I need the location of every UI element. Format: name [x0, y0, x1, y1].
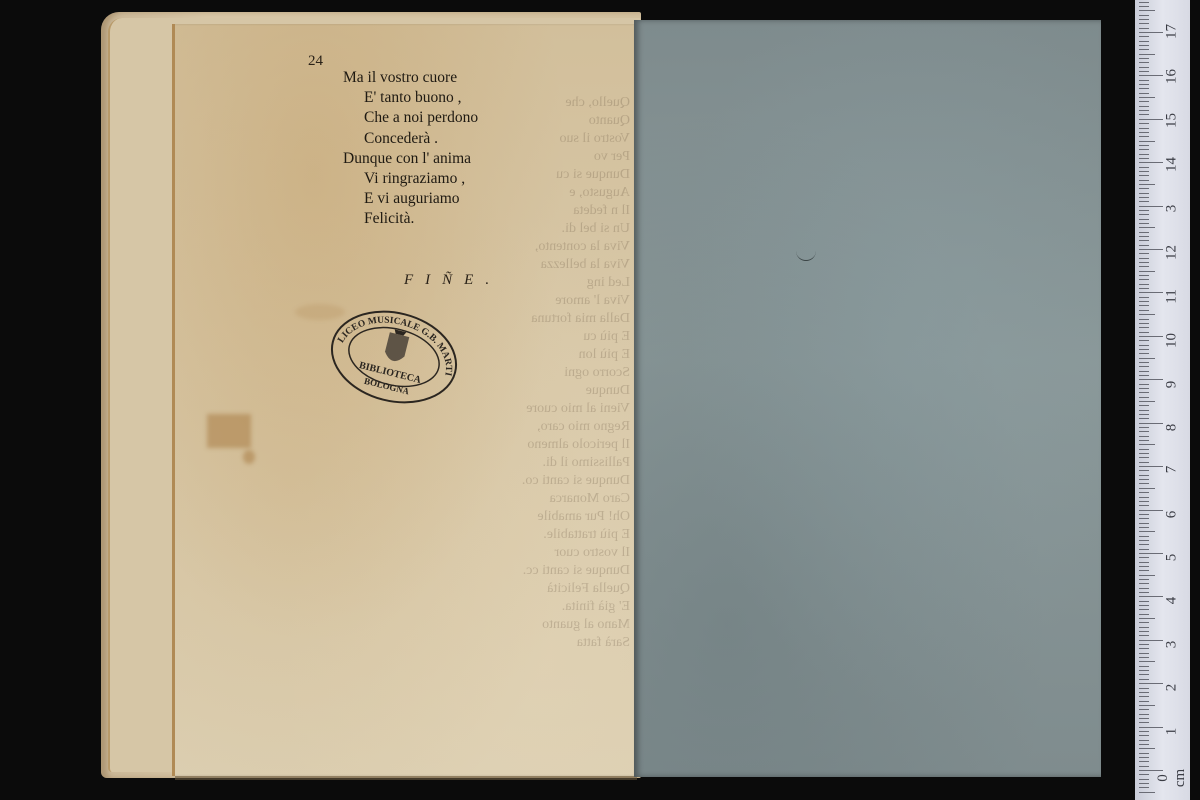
ruler-tick — [1139, 305, 1149, 306]
ruler-tick — [1139, 292, 1163, 293]
ruler-tick — [1139, 284, 1149, 285]
bleed-line: Quella Felicità — [430, 576, 630, 594]
ruler-tick — [1139, 605, 1149, 606]
ruler-tick — [1139, 219, 1149, 220]
bleed-line: Viva l' amore — [430, 288, 630, 306]
bleed-line: E più trattabile. — [430, 522, 630, 540]
bleed-line: Regno mio caro, — [430, 414, 630, 432]
ruler-tick — [1139, 531, 1155, 532]
ruler-tick — [1139, 570, 1149, 571]
ruler-tick — [1139, 184, 1155, 185]
ruler-label: 9 — [1164, 372, 1181, 398]
ruler-tick — [1139, 553, 1163, 554]
ruler-tick — [1139, 171, 1149, 172]
ruler-tick — [1139, 119, 1163, 120]
ruler-tick — [1139, 444, 1155, 445]
ruler-tick — [1139, 423, 1163, 424]
bleed-line: E' già finita. — [430, 594, 630, 612]
ruler-tick — [1139, 36, 1149, 37]
ruler-tick — [1139, 701, 1149, 702]
ruler-tick — [1139, 75, 1163, 76]
ruler-tick — [1139, 175, 1149, 176]
coat-of-arms-shield-icon — [383, 328, 410, 363]
ruler-tick — [1139, 84, 1149, 85]
bleed-line: Mano al guanto — [430, 612, 630, 630]
ruler-tick — [1139, 141, 1155, 142]
bleed-line: Dalla mia fortuna — [430, 306, 630, 324]
ruler-tick — [1139, 232, 1149, 233]
ruler-tick — [1139, 787, 1149, 788]
poem: Ma il vostro cuore E' tanto buono , Che … — [343, 68, 478, 230]
ruler-tick — [1139, 514, 1149, 515]
ruler-tick — [1139, 314, 1155, 315]
ruler-tick — [1139, 162, 1163, 163]
ruler-tick — [1139, 783, 1149, 784]
ruler-tick — [1139, 180, 1149, 181]
ruler-tick — [1139, 492, 1149, 493]
ruler-tick — [1139, 332, 1149, 333]
ruler-tick — [1139, 588, 1149, 589]
ruler-tick — [1139, 15, 1149, 16]
ruler-tick — [1139, 327, 1149, 328]
poem-line: E vi auguriamo — [343, 189, 478, 209]
ruler-tick — [1139, 575, 1155, 576]
ruler-tick — [1139, 6, 1149, 7]
ruler-tick — [1139, 510, 1163, 511]
ruler-tick — [1139, 23, 1149, 24]
ruler-tick — [1139, 301, 1149, 302]
stain — [243, 450, 255, 464]
ruler-tick — [1139, 49, 1149, 50]
ruler-tick — [1139, 62, 1149, 63]
ruler-label: 7 — [1164, 457, 1181, 483]
ruler-tick — [1139, 266, 1149, 267]
ruler-tick — [1139, 197, 1149, 198]
ruler-tick — [1139, 718, 1149, 719]
ruler-tick — [1139, 227, 1155, 228]
ruler-tick — [1139, 635, 1149, 636]
bleed-line: Sarà fatta — [430, 630, 630, 648]
scale-ruler: 0 cm123456789101112314151617 — [1135, 0, 1190, 800]
ruler-tick — [1139, 640, 1163, 641]
ruler-tick — [1139, 644, 1149, 645]
ruler-label: 2 — [1164, 675, 1181, 701]
ruler-tick — [1139, 709, 1149, 710]
ruler-tick — [1139, 271, 1155, 272]
ruler-label: 1 — [1164, 719, 1181, 745]
ruler-tick — [1139, 206, 1163, 207]
ruler-label: 16 — [1164, 64, 1181, 90]
ruler-tick — [1139, 405, 1149, 406]
ruler-tick — [1139, 631, 1149, 632]
ruler-tick — [1139, 275, 1149, 276]
poem-line: Concederà . — [343, 129, 478, 149]
ruler-tick — [1139, 497, 1149, 498]
ruler-tick — [1139, 792, 1155, 793]
ruler-tick — [1139, 362, 1149, 363]
ruler-tick — [1139, 779, 1149, 780]
ruler-tick — [1139, 488, 1155, 489]
ruler-tick — [1139, 592, 1149, 593]
ruler-tick — [1139, 431, 1149, 432]
bleed-line: Dunque si canti co. — [430, 468, 630, 486]
ruler-tick — [1139, 666, 1149, 667]
ruler-tick — [1139, 410, 1149, 411]
ruler-tick — [1139, 601, 1149, 602]
ruler-tick — [1139, 544, 1149, 545]
ruler-tick — [1139, 41, 1149, 42]
ruler-label: 8 — [1164, 415, 1181, 441]
ruler-tick — [1139, 58, 1149, 59]
ruler-label: 5 — [1164, 545, 1181, 571]
ruler-tick — [1139, 210, 1149, 211]
ruler-tick — [1139, 297, 1149, 298]
scanned-book-spread: Quello, cheQuantoVostro il suoPer voDunq… — [0, 0, 1200, 800]
ruler-tick — [1139, 614, 1149, 615]
ruler-tick — [1139, 245, 1149, 246]
ruler-tick — [1139, 358, 1155, 359]
ruler-tick — [1139, 648, 1149, 649]
ruler-tick — [1139, 540, 1149, 541]
ruler-label: 0 cm — [1155, 765, 1189, 791]
ruler-tick — [1139, 583, 1149, 584]
ruler-tick — [1139, 54, 1155, 55]
ruler-tick — [1139, 557, 1149, 558]
ruler-tick — [1139, 45, 1149, 46]
bleed-line: Il pericolo almeno — [430, 432, 630, 450]
ruler-tick — [1139, 692, 1149, 693]
ruler-tick — [1139, 188, 1149, 189]
ruler-label: 4 — [1164, 588, 1181, 614]
ruler-tick — [1139, 653, 1149, 654]
ruler-tick — [1139, 145, 1149, 146]
ruler-tick — [1139, 731, 1149, 732]
ruler-tick — [1139, 136, 1149, 137]
ruler-tick — [1139, 349, 1149, 350]
ruler-tick — [1139, 661, 1155, 662]
ruler-tick — [1139, 622, 1149, 623]
ruler-tick — [1139, 253, 1149, 254]
ruler-tick — [1139, 340, 1149, 341]
ruler-tick — [1139, 67, 1149, 68]
ruler-tick — [1139, 80, 1149, 81]
ruler-tick — [1139, 470, 1149, 471]
ruler-tick — [1139, 536, 1149, 537]
ruler-tick — [1139, 240, 1149, 241]
ruler-tick — [1139, 132, 1149, 133]
ruler-tick — [1139, 679, 1149, 680]
ruler-tick — [1139, 397, 1149, 398]
ruler-tick — [1139, 735, 1149, 736]
ruler-tick — [1139, 475, 1149, 476]
ruler-label: 6 — [1164, 502, 1181, 528]
ruler-tick — [1139, 744, 1149, 745]
stain — [207, 414, 251, 448]
ruler-tick — [1139, 466, 1163, 467]
ruler-label: 12 — [1164, 240, 1181, 266]
ruler-tick — [1139, 32, 1163, 33]
ruler-tick — [1139, 483, 1149, 484]
ruler-tick — [1139, 149, 1149, 150]
ruler-tick — [1139, 110, 1149, 111]
ruler-label: 11 — [1164, 284, 1181, 310]
ruler-tick — [1139, 562, 1149, 563]
ruler-tick — [1139, 2, 1149, 3]
ruler-tick — [1139, 757, 1149, 758]
ruler-tick — [1139, 262, 1149, 263]
ruler-tick — [1139, 249, 1163, 250]
ruler-tick — [1139, 236, 1149, 237]
ruler-tick — [1139, 657, 1149, 658]
ruler-tick — [1139, 167, 1149, 168]
ruler-tick — [1139, 714, 1149, 715]
ruler-tick — [1139, 457, 1149, 458]
ruler-tick — [1139, 418, 1149, 419]
ruler-tick — [1139, 722, 1149, 723]
bleed-line: Viva la bellezza — [430, 252, 630, 270]
ruler-tick — [1139, 683, 1163, 684]
closing-fine: FIÑE. — [404, 272, 501, 289]
ruler-label: 14 — [1164, 152, 1181, 178]
ruler-tick — [1139, 427, 1149, 428]
ruler-tick — [1139, 366, 1149, 367]
ruler-tick — [1139, 384, 1149, 385]
ruler-tick — [1139, 93, 1149, 94]
ruler-tick — [1139, 627, 1149, 628]
ruler-tick — [1139, 88, 1149, 89]
bleed-line: Pallissimo il di. — [430, 450, 630, 468]
bleed-line: Dunque — [430, 378, 630, 396]
ruler-tick — [1139, 688, 1149, 689]
poem-line: Ma il vostro cuore — [343, 68, 478, 88]
ruler-tick — [1139, 674, 1149, 675]
ruler-tick — [1139, 101, 1149, 102]
ruler-tick — [1139, 579, 1149, 580]
ruler-tick — [1139, 375, 1149, 376]
ruler-tick — [1139, 596, 1163, 597]
ruler-tick — [1139, 748, 1155, 749]
ruler-tick — [1139, 223, 1149, 224]
ruler-tick — [1139, 527, 1149, 528]
ruler-tick — [1139, 479, 1149, 480]
ruler-tick — [1139, 123, 1149, 124]
ruler-tick — [1139, 523, 1149, 524]
ruler-tick — [1139, 28, 1149, 29]
bleed-line: Il vostro cuor — [430, 540, 630, 558]
right-page-cover — [634, 20, 1101, 777]
ruler-label: 17 — [1164, 19, 1181, 45]
ruler-tick — [1139, 774, 1149, 775]
ruler-tick — [1139, 353, 1149, 354]
ruler-tick — [1139, 214, 1149, 215]
ruler-tick — [1139, 740, 1149, 741]
ruler-tick — [1139, 154, 1149, 155]
ruler-tick — [1139, 670, 1149, 671]
ruler-tick — [1139, 766, 1149, 767]
ruler-tick — [1139, 288, 1149, 289]
ruler-tick — [1139, 727, 1163, 728]
poem-line: Che a noi perdono — [343, 108, 478, 128]
bleed-line: Oh! Pur amabile — [430, 504, 630, 522]
ruler-tick — [1139, 566, 1149, 567]
ruler-tick — [1139, 193, 1149, 194]
ruler-tick — [1139, 414, 1149, 415]
ruler-tick — [1139, 201, 1149, 202]
ruler-tick — [1139, 158, 1149, 159]
ruler-tick — [1139, 401, 1155, 402]
ruler-tick — [1139, 388, 1149, 389]
ruler-tick — [1139, 761, 1149, 762]
ruler-tick — [1139, 549, 1149, 550]
ruler-tick — [1139, 323, 1149, 324]
ruler-tick — [1139, 449, 1149, 450]
bleed-line: Viva la contento, — [430, 234, 630, 252]
bleed-line: Dunque si canti cc. — [430, 558, 630, 576]
ruler-label: 3 — [1164, 632, 1181, 658]
ruler-tick — [1139, 462, 1149, 463]
poem-line: Dunque con l' anima — [343, 149, 478, 169]
ruler-tick — [1139, 10, 1155, 11]
ruler-tick — [1139, 279, 1149, 280]
ruler-label: 15 — [1164, 108, 1181, 134]
ruler-tick — [1139, 97, 1155, 98]
ruler-tick — [1139, 258, 1149, 259]
ruler-tick — [1139, 128, 1149, 129]
ruler-tick — [1139, 392, 1149, 393]
ruler-tick — [1139, 336, 1163, 337]
ruler-tick — [1139, 19, 1149, 20]
ruler-tick — [1139, 505, 1149, 506]
poem-line: Felicità. — [343, 209, 478, 229]
ruler-tick — [1139, 753, 1149, 754]
ruler-tick — [1139, 310, 1149, 311]
ruler-tick — [1139, 106, 1149, 107]
ruler-label: 3 — [1164, 196, 1181, 222]
ruler-tick — [1139, 696, 1149, 697]
ruler-tick — [1139, 501, 1149, 502]
ruler-tick — [1139, 71, 1149, 72]
bleed-line: Caro Monarca — [430, 486, 630, 504]
ruler-tick — [1139, 114, 1149, 115]
poem-line: E' tanto buono , — [343, 88, 478, 108]
ruler-tick — [1139, 371, 1149, 372]
page-number: 24 — [308, 53, 323, 70]
ruler-tick — [1139, 453, 1149, 454]
ruler-tick — [1139, 705, 1155, 706]
ruler-tick — [1139, 345, 1149, 346]
ruler-tick — [1139, 618, 1155, 619]
poem-line: Vi ringraziamo , — [343, 169, 478, 189]
bleed-line: Vieni al mio cuore — [430, 396, 630, 414]
ruler-tick — [1139, 440, 1149, 441]
ruler-tick — [1139, 518, 1149, 519]
cover-mark — [796, 250, 816, 261]
ruler-tick — [1139, 609, 1149, 610]
ruler-label: 10 — [1164, 328, 1181, 354]
ruler-tick — [1139, 379, 1163, 380]
ruler-tick — [1139, 436, 1149, 437]
ruler-tick — [1139, 319, 1149, 320]
